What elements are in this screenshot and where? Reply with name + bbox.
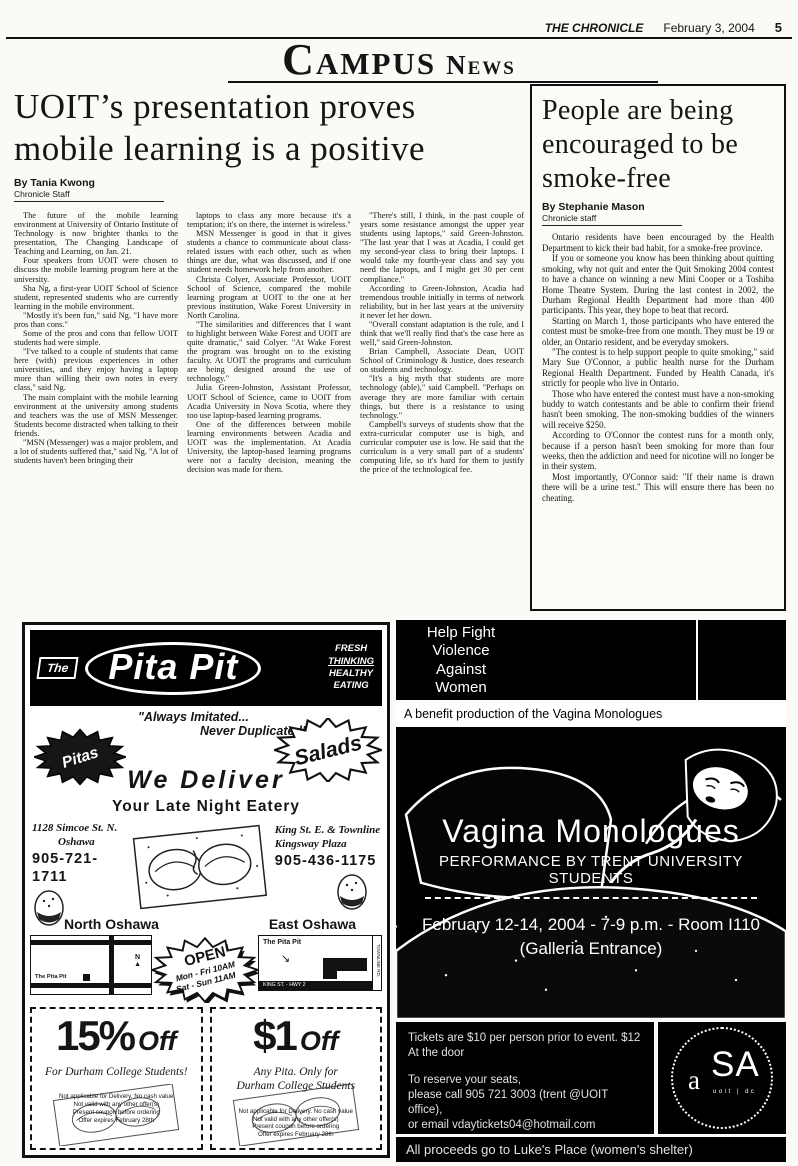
paragraph: Starting on March 1, those participants …	[542, 316, 774, 347]
article-columns: The future of the mobile learning enviro…	[14, 211, 524, 474]
section-title-news: News	[446, 50, 516, 80]
coupon-fine-print: Not applicable for Delivery. No cash val…	[36, 1093, 197, 1124]
tagline-line: THINKING	[328, 656, 374, 668]
tagline-line: HEALTHY	[328, 668, 374, 680]
paragraph: If you or someone you know has been thin…	[542, 253, 774, 315]
banner-line: Help Fight	[406, 624, 516, 642]
pita-pit-locations: 1128 Simcoe St. N. Oshawa 905-721-1711	[30, 822, 382, 916]
coupon-subtitle: For Durham College Students!	[36, 1065, 197, 1079]
paragraph: Christa Colyer, Associate Professor, UOI…	[187, 275, 351, 320]
location-phone: 905-721-1711	[32, 850, 125, 886]
paragraph: "It's a big myth that students are more …	[360, 374, 524, 419]
coupon-1-dollar-off: $1Off Any Pita. Only forDurham College S…	[210, 1007, 383, 1150]
fine-print-line: Not valid with any other offer(s)	[36, 1101, 197, 1109]
paragraph: Some of the pros and cons that fellow UO…	[14, 329, 178, 347]
tagline-line: FRESH	[328, 643, 374, 655]
fine-print-line: Offer expires February 28th	[216, 1131, 377, 1139]
paragraph: "Mostly it's been fun," said Ng. "I have…	[14, 311, 178, 329]
late-night-eatery-text: Your Late Night Eatery	[30, 798, 382, 816]
byline: By Stephanie Mason Chronicle staff	[542, 201, 682, 226]
vm-venue-line: (Galleria Entrance)	[396, 939, 786, 959]
map-building-block	[323, 969, 337, 979]
map-arrow-icon: ↘	[281, 952, 290, 965]
maps-row: The Pita Pit N▲ OPEN Mon - Fri 10AM Sat …	[30, 935, 382, 1001]
location-address: King St. E. & Townline	[275, 824, 382, 838]
map-road	[31, 940, 151, 945]
paragraph: MSN Messenger is good in that it gives s…	[187, 229, 351, 274]
location-north: 1128 Simcoe St. N. Oshawa 905-721-1711	[30, 822, 125, 916]
map-store-marker	[83, 974, 90, 981]
vm-benefit-line: A benefit production of the Vagina Monol…	[396, 703, 786, 727]
paragraph: Brian Campbell, Associate Dean, UOIT Sch…	[360, 347, 524, 374]
map-road	[31, 983, 151, 988]
vm-reservation-info: To reserve your seats,please call 905 72…	[408, 1073, 642, 1133]
paragraph: One of the differences between mobile le…	[187, 420, 351, 474]
student-association-logo: a SA uoit | dc	[671, 1027, 773, 1129]
fine-print-line: Present coupon before ordering	[216, 1123, 377, 1131]
masthead-date: February 3, 2004	[663, 21, 754, 35]
vm-tickets-box: Tickets are $10 per person prior to even…	[396, 1022, 654, 1134]
location-city: Oshawa	[32, 836, 125, 850]
section-title-rule	[228, 81, 658, 83]
paragraph: Sha Ng, a first-year UOIT School of Scie…	[14, 284, 178, 311]
banner-line: Against	[406, 661, 516, 679]
paragraph: Julia Green-Johnston, Assistant Professo…	[187, 383, 351, 419]
map-road-townline: TOWNLINE RD.	[372, 936, 381, 990]
article-column-3: "There's still, I think, in the past cou…	[360, 211, 524, 474]
vm-text-overlay: Vagina Monologues PERFORMANCE BY TRENT U…	[396, 813, 786, 959]
location-east: King St. E. & Townline Kingsway Plaza 90…	[275, 822, 382, 916]
vm-proceeds-line: All proceeds go to Luke's Place (women's…	[396, 1137, 786, 1162]
coupon-fine-print: Not applicable for Delivery. No cash val…	[216, 1108, 377, 1139]
masthead-title: THE CHRONICLE	[545, 21, 644, 35]
section-title-campus: Campus	[282, 35, 436, 84]
paragraph: laptops to class any more because it's a…	[187, 211, 351, 229]
banner-line: Violence	[406, 642, 516, 660]
logo-sa: SA	[711, 1045, 760, 1085]
vm-banner-divider	[696, 620, 698, 700]
byline-author: By Stephanie Mason	[542, 201, 682, 213]
paragraph: "The similarities and differences that I…	[187, 320, 351, 384]
open-hours-burst: OPEN Mon - Fri 10AM Sat - Sun 11AM	[152, 937, 258, 1003]
tagline-line: EATING	[328, 680, 374, 692]
masthead-page-number: 5	[775, 20, 782, 35]
byline-role: Chronicle Staff	[14, 189, 164, 199]
map-east-oshawa: The Pita Pit ↘ KING ST. - HWY 2 TOWNLINE…	[258, 935, 382, 991]
pita-pit-logo: Pita Pit	[85, 642, 261, 695]
vm-banner: Help FightViolenceAgainstWomen	[396, 620, 786, 700]
byline-role: Chronicle staff	[542, 213, 682, 223]
paragraph: Most importantly, O'Connor said: "If the…	[542, 472, 774, 503]
vm-dashed-rule	[425, 897, 757, 899]
map-label-east-oshawa: East Oshawa	[269, 916, 356, 932]
coupon-15-percent-off: 15%Off For Durham College Students! Not …	[30, 1007, 203, 1150]
fine-print-line: Not applicable for Delivery. No cash val…	[36, 1093, 197, 1101]
location-plaza: Kingsway Plaza	[275, 838, 382, 852]
article-headline: People are being encouraged to be smoke-…	[542, 94, 774, 196]
vm-title: Vagina Monologues	[396, 813, 786, 850]
location-address: 1128 Simcoe St. N.	[32, 822, 125, 836]
vm-subtitle: PERFORMANCE BY TRENT UNIVERSITY STUDENTS	[396, 853, 786, 887]
byline-author: By Tania Kwong	[14, 177, 164, 189]
fine-print-line: Present coupon before ordering	[36, 1109, 197, 1117]
coupon-subtitle-line: Any Pita. Only for	[216, 1065, 377, 1079]
ad-pita-pit: The Pita Pit FRESHTHINKINGHEALTHYEATING …	[22, 622, 390, 1158]
newspaper-page: THE CHRONICLE February 3, 2004 5 CampusN…	[0, 0, 798, 1166]
reservation-line: please call 905 721 3003 (trent @UOIT of…	[408, 1088, 642, 1118]
vm-logo-box: a SA uoit | dc	[658, 1022, 786, 1134]
paragraph: "I've talked to a couple of students tha…	[14, 347, 178, 392]
banner-line: Women	[406, 679, 516, 697]
paragraph: Campbell's surveys of students show that…	[360, 420, 524, 474]
article-smoke-free: People are being encouraged to be smoke-…	[530, 84, 786, 611]
pita-illustration	[125, 822, 275, 916]
paragraph: Those who have entered the contest must …	[542, 389, 774, 431]
pita-pit-the-label: The	[36, 657, 78, 679]
paragraph: The main complaint with the mobile learn…	[14, 393, 178, 438]
byline: By Tania Kwong Chronicle Staff	[14, 177, 164, 202]
coupon-subtitle-line: For Durham College Students!	[36, 1065, 197, 1079]
paragraph: "There's still, I think, in the past cou…	[360, 211, 524, 284]
coupon-amount: $1	[253, 1012, 296, 1059]
map-label-north-oshawa: North Oshawa	[64, 916, 159, 932]
map-road-king-st: KING ST. - HWY 2	[259, 981, 373, 990]
coupon-off-label: Off	[138, 1026, 177, 1056]
masthead: THE CHRONICLE February 3, 2004 5	[545, 20, 782, 35]
paragraph: According to O'Connor the contest runs f…	[542, 430, 774, 472]
map-store-label: The Pita Pit	[35, 974, 67, 980]
ad-vagina-monologues: Help FightViolenceAgainstWomen A benefit…	[396, 620, 786, 1162]
article-column-2: laptops to class any more because it's a…	[187, 211, 351, 474]
vm-bottom-row: Tickets are $10 per person prior to even…	[396, 1022, 786, 1134]
ticket-price-line: Tickets are $10 per person prior to even…	[408, 1031, 642, 1046]
map-labels: North Oshawa East Oshawa	[30, 916, 382, 932]
fine-print-line: Not valid with any other offer(s)	[216, 1116, 377, 1124]
paragraph: "Overall constant adaptation is the rule…	[360, 320, 524, 347]
article-column-1: The future of the mobile learning enviro…	[14, 211, 178, 474]
map-road-townline-label: TOWNLINE RD.	[376, 944, 381, 977]
pita-pit-slogan-area: Pitas "Always Imitated... Never Duplicat…	[30, 706, 382, 822]
reservation-line: or email vdaytickets04@hotmail.com	[408, 1118, 642, 1133]
vm-ticket-prices: Tickets are $10 per person prior to even…	[408, 1031, 642, 1061]
map-north-oshawa: The Pita Pit N▲	[30, 935, 152, 995]
pita-icon	[335, 872, 369, 912]
vm-date-line: February 12-14, 2004 - 7-9 p.m. - Room I…	[396, 915, 786, 935]
paragraph: "The contest is to help support people t…	[542, 347, 774, 389]
coupons-row: 15%Off For Durham College Students! Not …	[30, 1007, 382, 1150]
reservation-line: To reserve your seats,	[408, 1073, 642, 1088]
we-deliver-text: We Deliver	[30, 766, 382, 795]
article-body: Ontario residents have been encouraged b…	[542, 232, 774, 503]
compass-icon: N▲	[134, 954, 141, 968]
coupon-amount-row: 15%Off	[36, 1015, 197, 1057]
coupon-off-label: Off	[300, 1026, 339, 1056]
location-phone: 905-436-1175	[275, 852, 382, 870]
pita-pit-banner: The Pita Pit FRESHTHINKINGHEALTHYEATING	[30, 630, 382, 706]
fine-print-line: Not applicable for Delivery. No cash val…	[216, 1108, 377, 1116]
fine-print-line: Offer expires February 28th	[36, 1117, 197, 1125]
section-title: CampusNews	[0, 40, 798, 81]
paragraph: According to Green-Johnston, Acadia had …	[360, 284, 524, 320]
pita-pit-tagline: FRESHTHINKINGHEALTHYEATING	[328, 643, 374, 692]
ticket-price-line: At the door	[408, 1046, 642, 1061]
coupon-amount-row: $1Off	[216, 1015, 377, 1057]
paragraph: Ontario residents have been encouraged b…	[542, 232, 774, 253]
vm-illustration: A benefit production of the Vagina Monol…	[396, 703, 786, 1019]
article-mobile-learning: UOIT’s presentation proves mobile learni…	[14, 86, 524, 474]
logo-small-text: uoit | dc	[713, 1089, 756, 1095]
compass-label: N	[135, 954, 140, 961]
logo-a: a	[688, 1065, 700, 1096]
paragraph: The future of the mobile learning enviro…	[14, 211, 178, 256]
vm-banner-text: Help FightViolenceAgainstWomen	[406, 624, 516, 697]
paragraph: "MSN (Messenger) was a major problem, an…	[14, 438, 178, 465]
paragraph: Four speakers from UOIT were chosen to d…	[14, 256, 178, 283]
map-store-label: The Pita Pit	[263, 939, 301, 946]
coupon-amount: 15%	[56, 1012, 134, 1059]
article-headline: UOIT’s presentation proves mobile learni…	[14, 86, 524, 170]
